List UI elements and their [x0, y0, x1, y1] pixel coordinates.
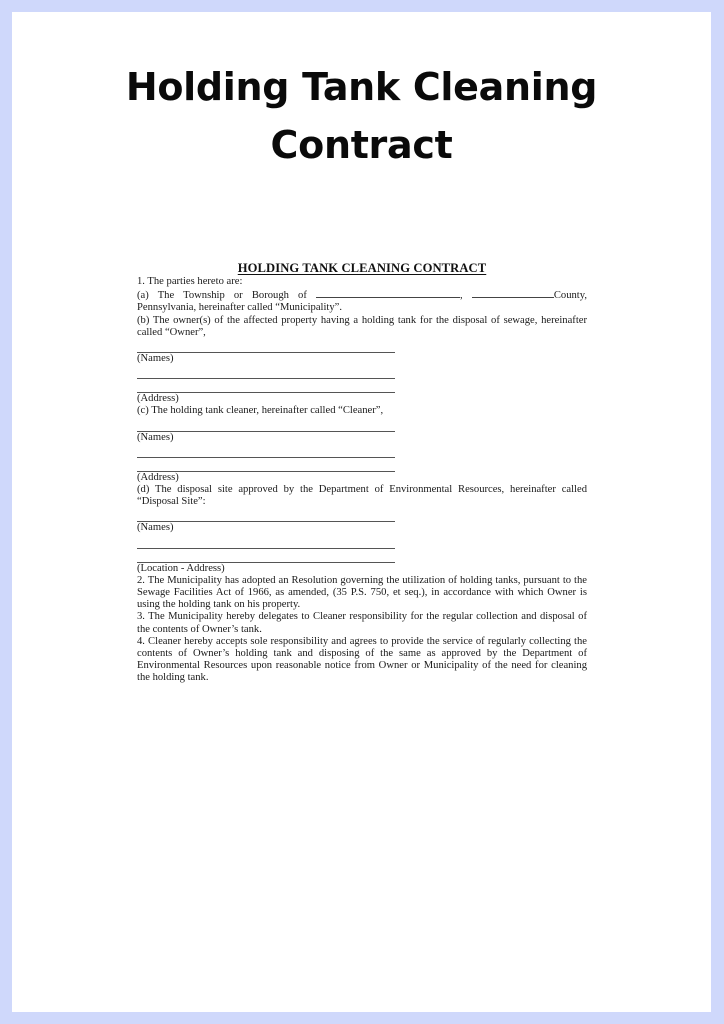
owner-address-blank-1[interactable]: [137, 365, 395, 379]
clause-3: 3. The Municipality hereby delegates to …: [137, 611, 587, 635]
cleaner-names-blank[interactable]: [137, 418, 395, 432]
clause-1-intro: 1. The parties hereto are:: [137, 276, 587, 288]
clause-2: 2. The Municipality has adopted an Resol…: [137, 575, 587, 612]
document-title: HOLDING TANK CLEANING CONTRACT: [137, 261, 587, 276]
clause-4: 4. Cleaner hereby accepts sole responsib…: [137, 636, 587, 685]
site-names-label: (Names): [137, 522, 587, 534]
clause-1a-line-2: Pennsylvania, hereinafter called “Munici…: [137, 302, 587, 314]
clause-1a-comma: ,: [460, 290, 463, 301]
site-address-blank-1[interactable]: [137, 535, 395, 549]
clause-1a-prefix: (a) The Township or Borough of: [137, 290, 307, 301]
clause-1c: (c) The holding tank cleaner, hereinafte…: [137, 405, 587, 417]
clause-1b: (b) The owner(s) of the affected propert…: [137, 315, 587, 339]
banner-title: Holding Tank Cleaning Contract: [12, 58, 711, 174]
clause-1a-county: County,: [554, 290, 587, 301]
banner-title-line-2: Contract: [12, 116, 711, 174]
county-blank[interactable]: [472, 288, 554, 298]
clause-1a-line-1: (a) The Township or Borough of , County,: [137, 288, 587, 302]
cleaner-address-label: (Address): [137, 472, 587, 484]
owner-names-label: (Names): [137, 353, 587, 365]
banner-title-line-1: Holding Tank Cleaning: [12, 58, 711, 116]
page-sheet: Holding Tank Cleaning Contract HOLDING T…: [12, 12, 711, 1012]
cleaner-address-blank-2[interactable]: [137, 458, 395, 472]
site-address-blank-2[interactable]: [137, 549, 395, 563]
cleaner-address-blank-1[interactable]: [137, 444, 395, 458]
site-address-label: (Location - Address): [137, 563, 587, 575]
contract-document: HOLDING TANK CLEANING CONTRACT 1. The pa…: [137, 261, 587, 685]
owner-names-blank[interactable]: [137, 339, 395, 353]
cleaner-names-label: (Names): [137, 432, 587, 444]
clause-1d: (d) The disposal site approved by the De…: [137, 484, 587, 508]
owner-address-label: (Address): [137, 393, 587, 405]
site-names-blank[interactable]: [137, 508, 395, 522]
owner-address-blank-2[interactable]: [137, 379, 395, 393]
township-blank[interactable]: [316, 288, 460, 298]
